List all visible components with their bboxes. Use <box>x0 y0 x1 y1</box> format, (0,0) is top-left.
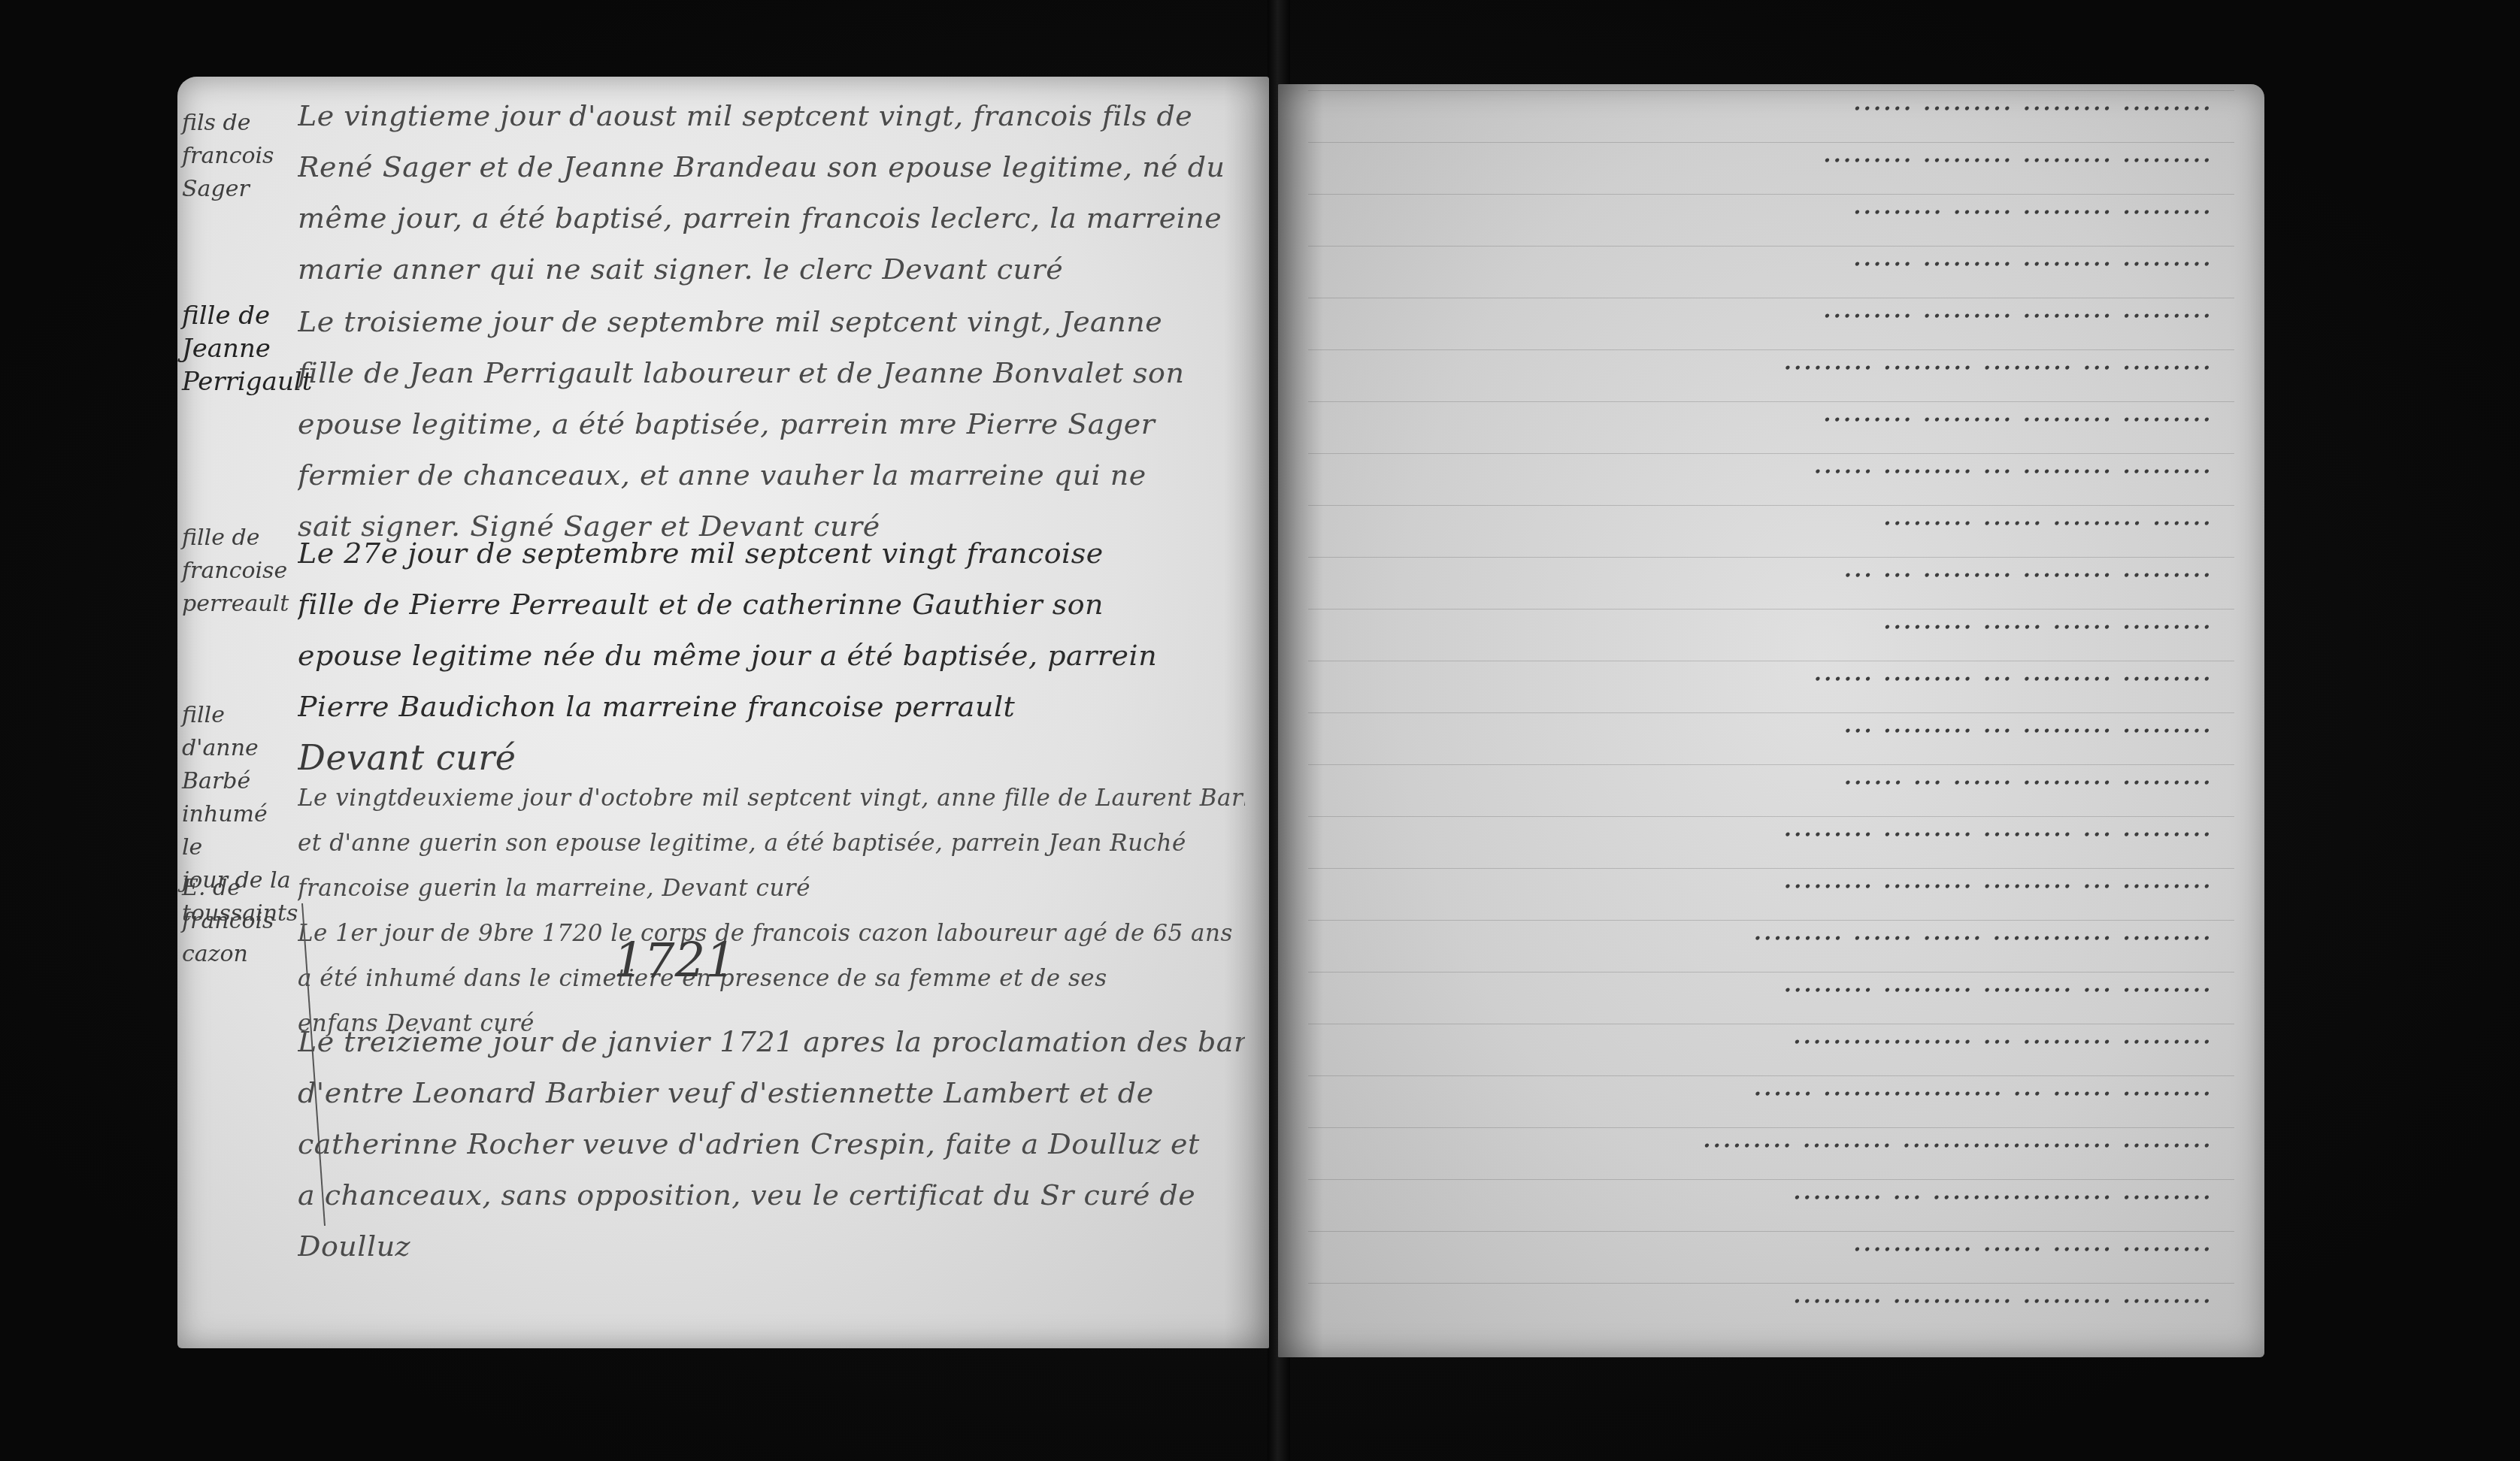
inverted-line: ……… ………… …… …… ……… <box>1308 920 2234 972</box>
entry-line: epouse legitime née du même jour a été b… <box>298 630 1245 681</box>
inverted-line: ……… ……… …… … …… <box>1308 764 2234 816</box>
inverted-line: ……… ……… …… ……… <box>1308 194 2234 246</box>
inverted-line: …… ……… …… ……… <box>1308 505 2234 557</box>
register-entry: Le 27e jour de septembre mil septcent vi… <box>298 528 1245 783</box>
margin-note: fils de francois Sager <box>182 107 295 206</box>
entry-line: fille de Jean Perrigault laboureur et de… <box>298 347 1245 398</box>
entry-line: Pierre Baudichon la marreine francoise p… <box>298 681 1245 732</box>
margin-note: fille de Jeanne Perrigault <box>182 299 295 398</box>
inverted-line: ……… ……… … ……… …… <box>1308 453 2234 505</box>
inverted-line: ……… ……… ……… … … <box>1308 557 2234 609</box>
inverted-line: ……… …… …… ……… <box>1308 609 2234 661</box>
entry-line: d'entre Leonard Barbier veuf d'estiennet… <box>298 1067 1245 1118</box>
inverted-line: ……… ……… … ……… …… <box>1308 661 2234 712</box>
inverted-line: ……… … ……… ……… ……… <box>1308 349 2234 401</box>
inverted-line: ……… …… … ……………… …… <box>1308 1075 2234 1127</box>
entry-line: marie anner qui ne sait signer. le clerc… <box>298 243 1245 295</box>
entry-line: Le 1er jour de 9bre 1720 le corps de fra… <box>298 911 1245 956</box>
inverted-line: ……… … ……… ……… ……… <box>1308 868 2234 920</box>
inverted-text-block: ……… ……… ………… ……… ……… …… …… ………… ……… …………… <box>1308 107 2234 1335</box>
entry-line: a chanceaux, sans opposition, veu le cer… <box>298 1169 1245 1221</box>
inverted-line: ……… ……… … ……… … <box>1308 712 2234 764</box>
entry-line: et d'anne guerin son epouse legitime, a … <box>298 821 1245 866</box>
entry-line: Le vingtdeuxieme jour d'octobre mil sept… <box>298 776 1245 821</box>
left-page: fils de francois Sager fille de Jeanne P… <box>177 77 1269 1348</box>
entry-line: francoise guerin la marreine, Devant cur… <box>298 866 1245 911</box>
register-entry: Le vingtieme jour d'aoust mil septcent v… <box>298 90 1245 295</box>
inverted-line: ……… …… …… ………… <box>1308 1231 2234 1283</box>
entry-line: Doulluz <box>298 1221 1245 1272</box>
inverted-line: ……… … ……… ……… ……… <box>1308 972 2234 1024</box>
inverted-line: ……… … ……… ……… ……… <box>1308 816 2234 868</box>
margin-note: fille de francoise perreault <box>182 522 295 621</box>
inverted-line: ……… ……………… … ……… <box>1308 1179 2234 1231</box>
inverted-line: ……… ……… ……… ……… <box>1308 401 2234 453</box>
year-header: 1721 <box>613 933 736 989</box>
margin-note: E. de francois cazon <box>182 872 295 971</box>
entry-line: a été inhumé dans le cimetiere en presen… <box>298 956 1245 1001</box>
entry-line: fille de Pierre Perreault et de catherin… <box>298 579 1245 630</box>
entry-line: Le treizieme jour de janvier 1721 apres … <box>298 1016 1245 1067</box>
entry-line: fermier de chanceaux, et anne vauher la … <box>298 449 1245 501</box>
inverted-line: ……… ………………… ……… ……… <box>1308 1127 2234 1179</box>
entry-line: Le troisieme jour de septembre mil septc… <box>298 296 1245 347</box>
inverted-line: ……… ……… ……… …… <box>1308 246 2234 298</box>
inverted-line: ……… ……… … ……………… <box>1308 1024 2234 1075</box>
entry-line: même jour, a été baptisé, parrein franco… <box>298 192 1245 243</box>
inverted-line: ……… ……… ………… ……… <box>1308 1283 2234 1335</box>
register-entry: Le treizieme jour de janvier 1721 apres … <box>298 1016 1245 1272</box>
inverted-line: ……… ……… ……… ……… <box>1308 142 2234 194</box>
register-entry: Le vingtdeuxieme jour d'octobre mil sept… <box>298 776 1245 1046</box>
right-page: ……… ……… ………… ……… ……… …… …… ………… ……… …………… <box>1278 84 2264 1357</box>
entry-line: epouse legitime, a été baptisée, parrein… <box>298 398 1245 449</box>
entry-line: Le 27e jour de septembre mil septcent vi… <box>298 528 1245 579</box>
entry-line: catherinne Rocher veuve d'adrien Crespin… <box>298 1118 1245 1169</box>
inverted-line: ……… ……… ……… …… <box>1308 90 2234 142</box>
register-entry: Le troisieme jour de septembre mil septc… <box>298 296 1245 552</box>
entry-line: René Sager et de Jeanne Brandeau son epo… <box>298 141 1245 192</box>
inverted-line: ……… ……… ……… ……… <box>1308 298 2234 349</box>
entry-line: Le vingtieme jour d'aoust mil septcent v… <box>298 90 1245 141</box>
